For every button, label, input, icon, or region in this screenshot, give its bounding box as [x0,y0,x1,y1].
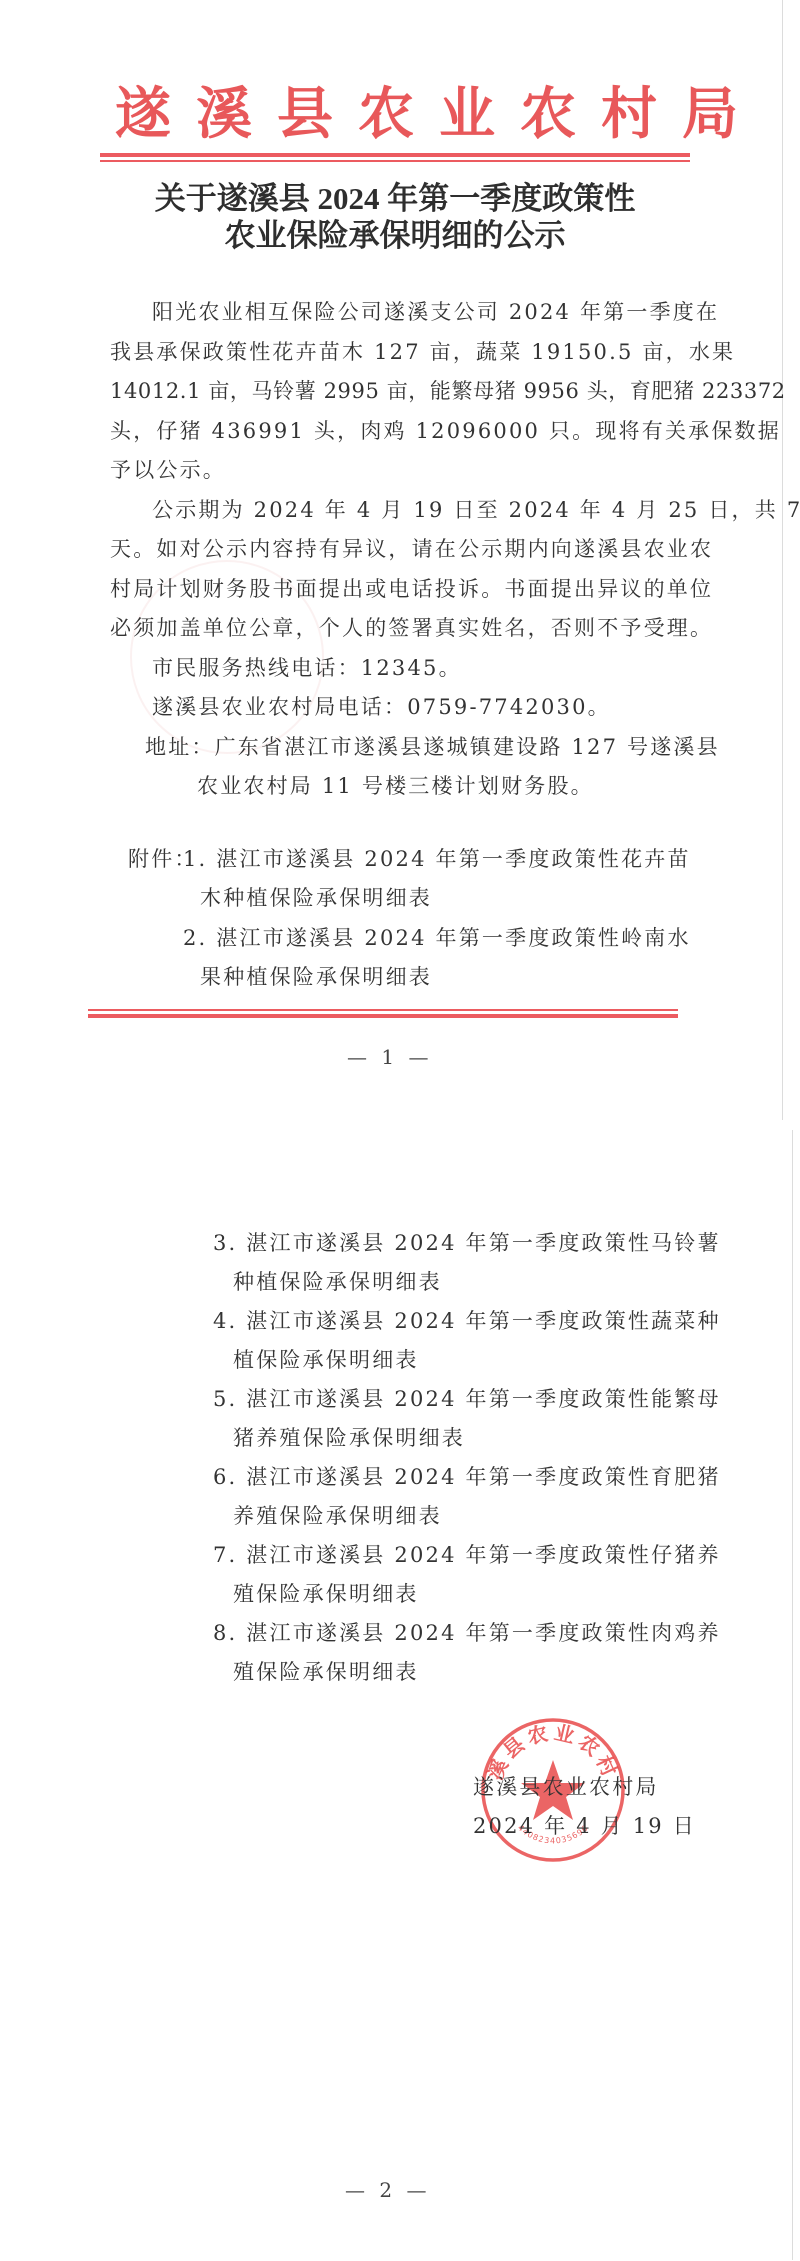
address-line1: 地址：广东省湛江市遂溪县遂城镇建设路 127 号遂溪县 [145,728,720,768]
footer-rule-thin [88,1009,678,1011]
issuer-signature: 遂溪县农业农村局 [473,1768,659,1808]
attachment-item-1-cont: 木种植保险承保明细表 [200,879,432,919]
attachment-item-6-cont: 养殖保险承保明细表 [233,1497,442,1537]
attachment-item-5-cont: 猪养殖保险承保明细表 [233,1419,465,1459]
bureau-phone-text: 遂溪县农业农村局电话：0759-7742030。 [152,688,611,728]
attachment-item-4: 4. 湛江市遂溪县 2024 年第一季度政策性蔬菜种 [213,1302,721,1342]
text-line: 头，仔猪 436991 头，肉鸡 12096000 只。现将有关承保数据 [110,412,781,452]
text-line: 阳光农业相互保险公司遂溪支公司 2024 年第一季度在 [152,293,719,333]
attachment-item-1: 1. 湛江市遂溪县 2024 年第一季度政策性花卉苗 [183,840,691,880]
attachment-item-3: 3. 湛江市遂溪县 2024 年第一季度政策性马铃薯 [213,1224,721,1264]
header-rule-thick [100,153,690,157]
text-line: 我县承保政策性花卉苗木 127 亩，蔬菜 19150.5 亩，水果 [110,333,735,373]
hotline-text: 市民服务热线电话：12345。 [152,649,462,689]
attachment-item-7: 7. 湛江市遂溪县 2024 年第一季度政策性仔猪养 [213,1536,721,1576]
text-line: 予以公示。 [110,451,226,491]
document-page-2: 3. 湛江市遂溪县 2024 年第一季度政策性马铃薯 种植保险承保明细表 4. … [0,1130,800,2261]
attachment-item-6: 6. 湛江市遂溪县 2024 年第一季度政策性育肥猪 [213,1458,721,1498]
attachment-item-8-cont: 殖保险承保明细表 [233,1653,419,1693]
footer-rule-thick [88,1014,678,1018]
attachment-item-7-cont: 殖保险承保明细表 [233,1575,419,1615]
text-line: 天。如对公示内容持有异议，请在公示期内向遂溪县农业农 [110,530,713,570]
organization-header: 遂溪县农业农村局 [115,84,685,144]
document-page-1: 遂溪县农业农村局 关于遂溪县 2024 年第一季度政策性 农业保险承保明细的公示… [0,0,800,1125]
address-line2: 农业农村局 11 号楼三楼计划财务股。 [197,767,594,807]
issue-date: 2024 年 4 月 19 日 [473,1807,696,1847]
attachment-item-5: 5. 湛江市遂溪县 2024 年第一季度政策性能繁母 [213,1380,721,1420]
document-title-line2: 农业保险承保明细的公示 [0,217,790,254]
attachment-item-4-cont: 植保险承保明细表 [233,1341,419,1381]
header-rule-thin [100,160,690,162]
text-line: 必须加盖单位公章，个人的签署真实姓名，否则不予受理。 [110,609,713,649]
text-line: 14012.1 亩，马铃薯 2995 亩，能繁母猪 9956 头，育肥猪 223… [110,372,786,412]
page-edge [792,1130,793,2260]
text-line: 村局计划财务股书面提出或电话投诉。书面提出异议的单位 [110,570,713,610]
attachment-item-2: 2. 湛江市遂溪县 2024 年第一季度政策性岭南水 [183,919,691,959]
attachment-item-3-cont: 种植保险承保明细表 [233,1263,442,1303]
page-edge [782,0,783,1120]
attachment-item-2-cont: 果种植保险承保明细表 [200,958,432,998]
page-number-2: — 2 — [345,2178,430,2202]
page-number-1: — 1 — [347,1045,432,1069]
document-title-line1: 关于遂溪县 2024 年第一季度政策性 [0,180,790,217]
attachment-item-8: 8. 湛江市遂溪县 2024 年第一季度政策性肉鸡养 [213,1614,721,1654]
text-line: 公示期为 2024 年 4 月 19 日至 2024 年 4 月 25 日，共 … [152,491,800,531]
